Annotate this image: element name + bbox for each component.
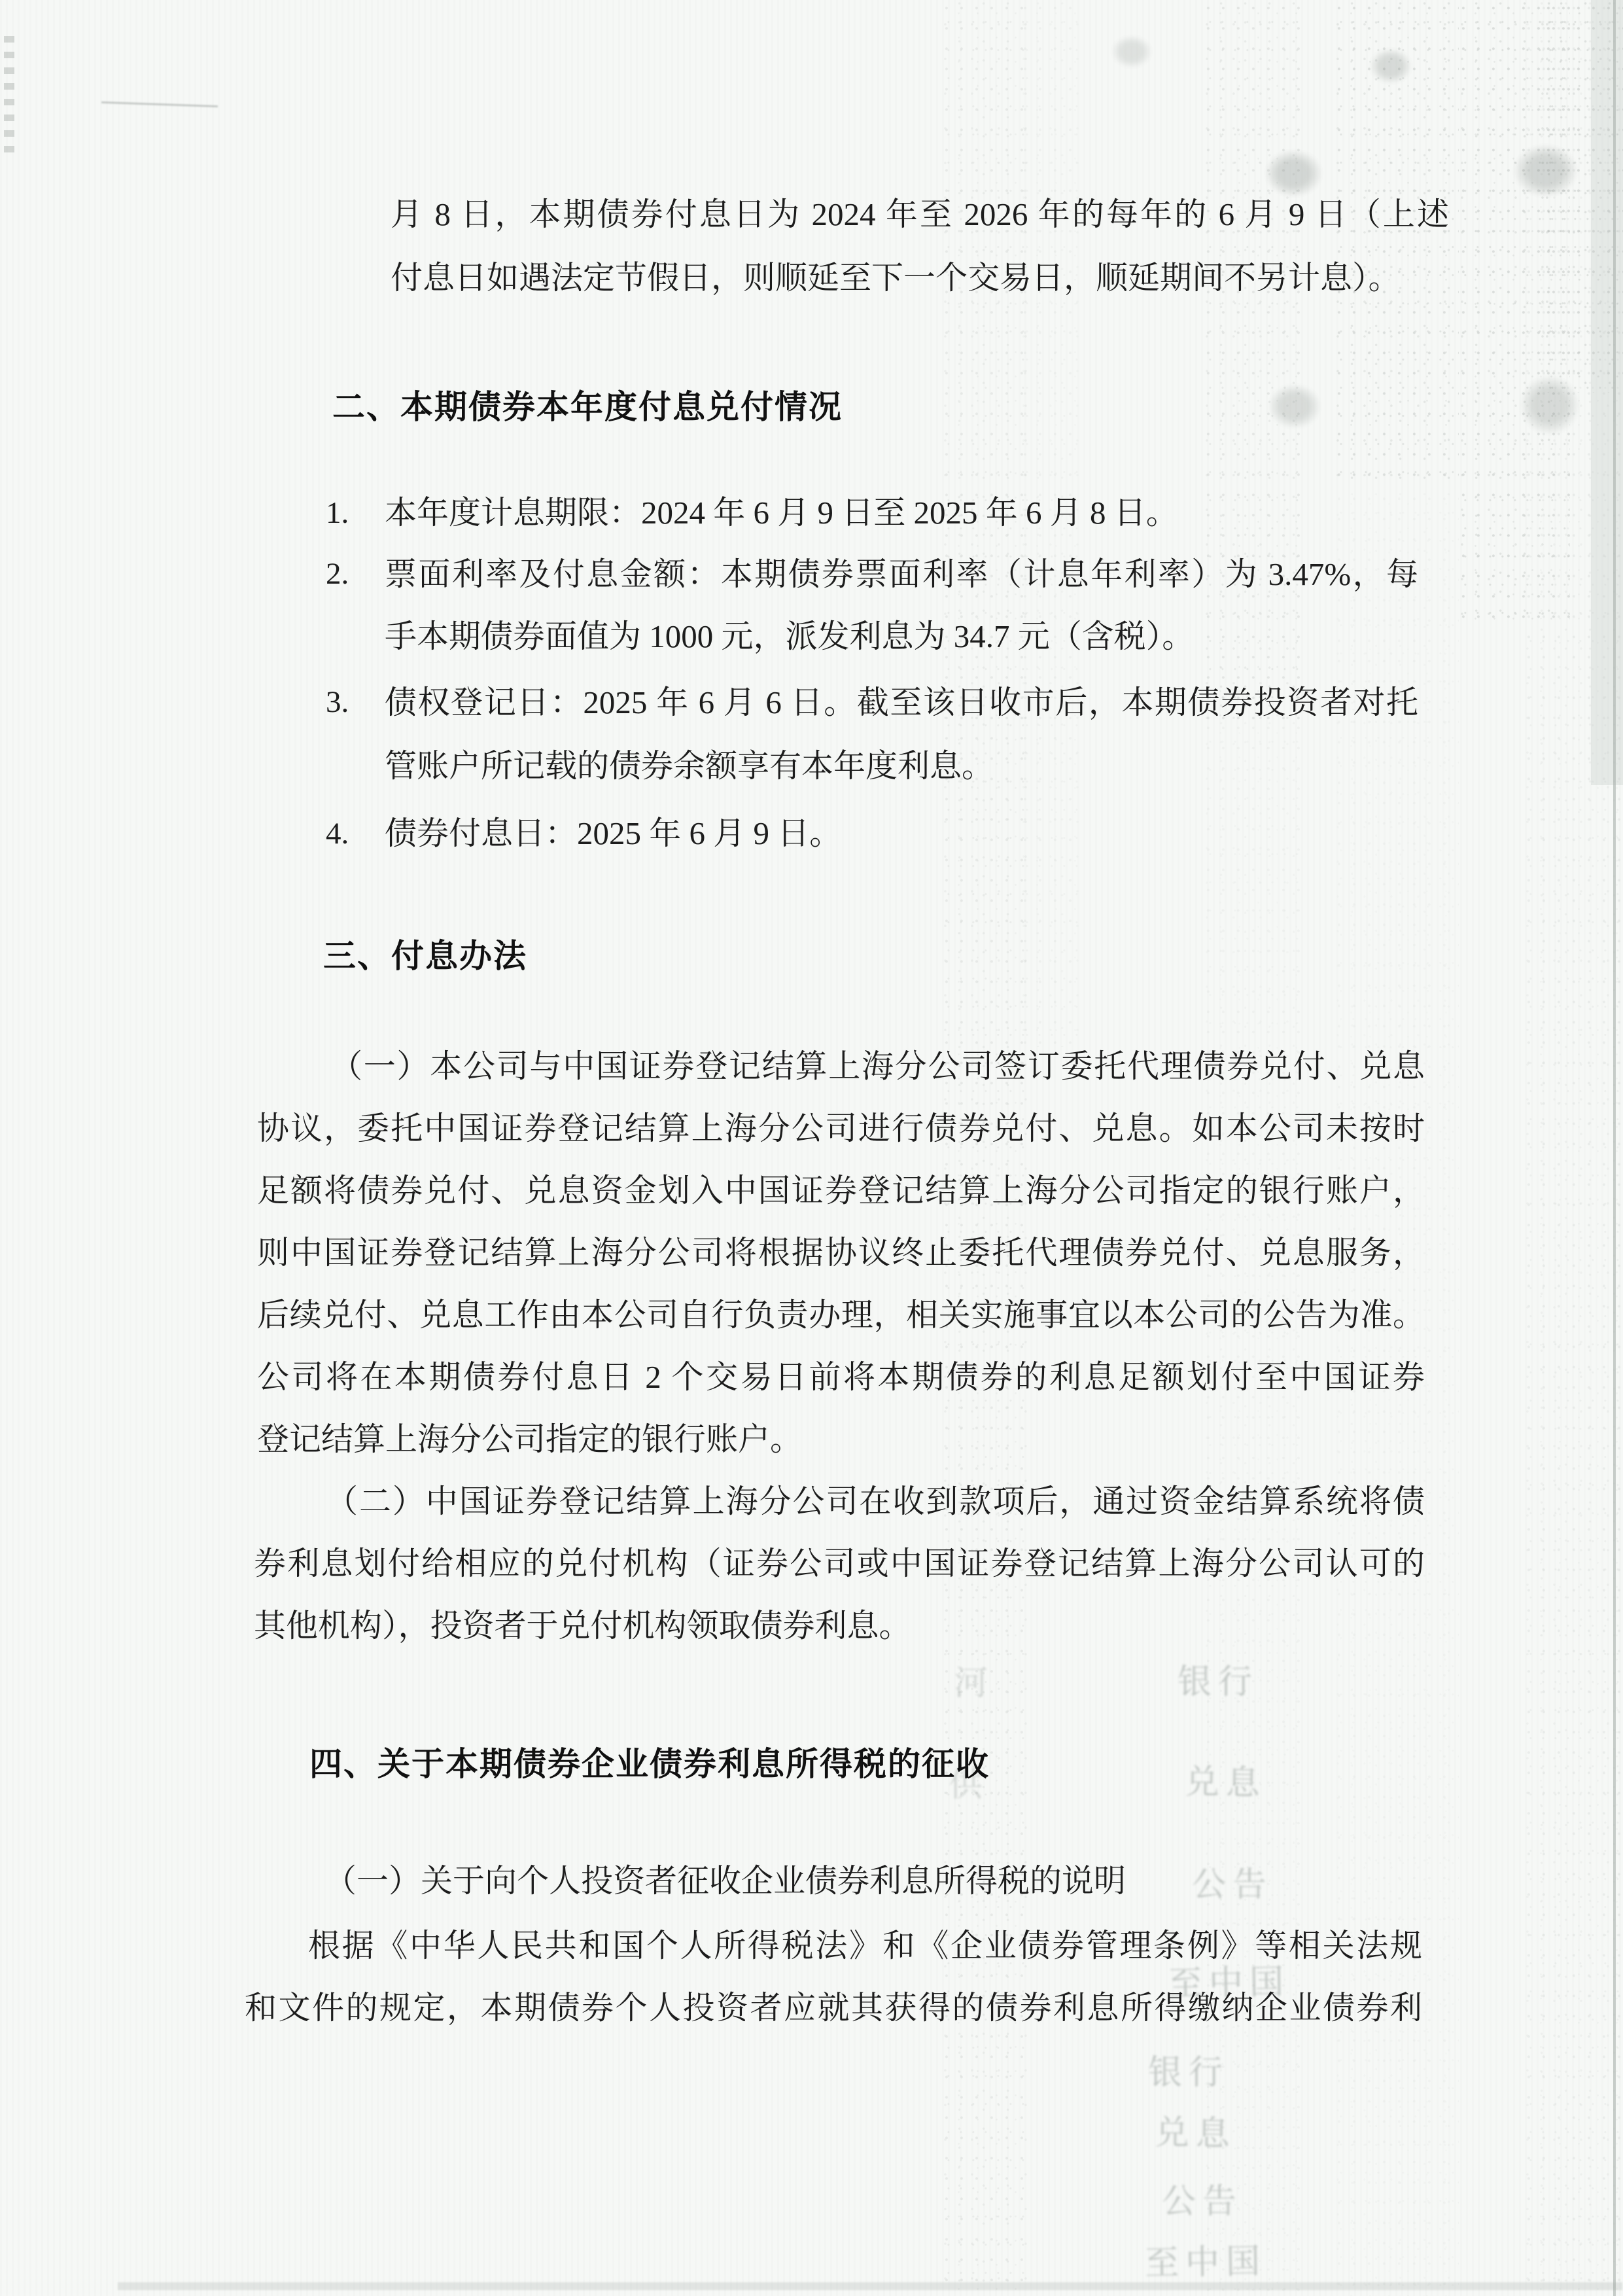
text-line: 债券付息日：2025 年 6 月 9 日。 [385, 802, 1418, 865]
section4-subheading: （一）关于向个人投资者征收企业债券利息所得税的说明 [324, 1856, 1126, 1905]
bleedthrough-text: 公告 [1162, 2174, 1243, 2223]
list-item-1: 1. 本年度计息期限：2024 年 6 月 9 日至 2025 年 6 月 8 … [385, 482, 1418, 544]
section4-heading: 四、关于本期债券企业债券利息所得税的征收 [309, 1740, 990, 1789]
text-line: 足额将债券兑付、兑息资金划入中国证券登记结算上海分公司指定的银行账户， [257, 1159, 1425, 1222]
bleedthrough-text: 银行 [1178, 1654, 1259, 1703]
text-line: 付息日如遇法定节假日，则顺延至下一个交易日，顺延期间不另计息）。 [391, 246, 1449, 309]
text-line: （二）中国证券登记结算上海分公司在收到款项后，通过资金结算系统将债 [254, 1470, 1425, 1532]
bleedthrough-text: 公告 [1192, 1857, 1273, 1906]
list-item-text: 债券付息日：2025 年 6 月 9 日。 [385, 802, 1418, 865]
text-line: 票面利率及付息金额：本期债券票面利率（计息年利率）为 3.47%，每 [385, 543, 1418, 605]
scan-noise-band [1544, 0, 1623, 393]
section3-paragraph-1: （一）本公司与中国证券登记结算上海分公司签订委托代理债券兑付、兑息协议，委托中国… [257, 1035, 1425, 1470]
text-line: 券利息划付给相应的兑付机构（证券公司或中国证券登记结算上海分公司认可的 [254, 1532, 1425, 1595]
scan-bottom-shadow [118, 2282, 1622, 2290]
section3-paragraph-2: （二）中国证券登记结算上海分公司在收到款项后，通过资金结算系统将债券利息划付给相… [254, 1470, 1425, 1657]
text-line: 协议，委托中国证券登记结算上海分公司进行债券兑付、兑息。如本公司未按时 [257, 1097, 1425, 1159]
ink-smudge [1514, 145, 1577, 196]
text-line: 其他机构），投资者于兑付机构领取债券利息。 [254, 1595, 1425, 1657]
section3-heading: 三、付息办法 [323, 932, 527, 981]
ink-smudge [1521, 376, 1579, 434]
text-line: 则中国证券登记结算上海分公司将根据协议终止委托代理债券兑付、兑息服务， [257, 1222, 1425, 1284]
text-line: 本年度计息期限：2024 年 6 月 9 日至 2025 年 6 月 8 日。 [385, 482, 1418, 544]
scan-edge-shadow [1591, 0, 1623, 785]
ink-smudge [1370, 49, 1411, 83]
list-number: 1. [326, 482, 349, 544]
list-item-text: 票面利率及付息金额：本期债券票面利率（计息年利率）为 3.47%，每手本期债券面… [385, 543, 1418, 667]
intro-paragraph: 月 8 日，本期债券付息日为 2024 年至 2026 年的每年的 6 月 9 … [391, 183, 1449, 309]
bleedthrough-text: 兑息 [1185, 1754, 1266, 1805]
ink-smudge [1269, 385, 1320, 428]
scan-edge-line [1613, 0, 1616, 2296]
scan-edge-marks [4, 36, 14, 160]
list-item-text: 本年度计息期限：2024 年 6 月 9 日至 2025 年 6 月 8 日。 [385, 482, 1418, 544]
list-number: 3. [326, 671, 349, 734]
text-line: 管账户所记载的债券余额享有本年度利息。 [385, 734, 1418, 798]
list-number: 2. [326, 543, 349, 605]
text-line: （一）本公司与中国证券登记结算上海分公司签订委托代理债券兑付、兑息 [257, 1035, 1425, 1097]
scanned-document-page: 银行 兑息 公告 至中国 银行 兑息 公告 至中国 河 供 月 8 日，本期债券… [0, 0, 1623, 2296]
text-line: 债权登记日：2025 年 6 月 6 日。截至该日收市后，本期债券投资者对托 [385, 671, 1418, 734]
bleedthrough-text: 银行 [1148, 2045, 1229, 2094]
text-line: 后续兑付、兑息工作由本公司自行负责办理，相关实施事宜以本公司的公告为准。 [257, 1284, 1425, 1346]
section4-paragraph: 根据《中华人民共和国个人所得税法》和《企业债券管理条例》等相关法规和文件的规定，… [245, 1915, 1422, 2039]
list-number: 4. [326, 802, 349, 865]
scan-noise-band [1459, 0, 1570, 622]
text-line: 月 8 日，本期债券付息日为 2024 年至 2026 年的每年的 6 月 9 … [391, 183, 1449, 246]
text-line: 和文件的规定，本期债券个人投资者应就其获得的债券利息所得缴纳企业债券利 [245, 1977, 1422, 2039]
list-item-2: 2. 票面利率及付息金额：本期债券票面利率（计息年利率）为 3.47%，每手本期… [385, 543, 1418, 667]
scan-noise-band [1524, 0, 1623, 2296]
bleedthrough-text: 至中国 [1144, 2233, 1266, 2284]
scan-scratch-mark [101, 101, 218, 107]
text-line: 公司将在本期债券付息日 2 个交易日前将本期债券的利息足额划付至中国证券 [257, 1346, 1425, 1408]
list-item-4: 4. 债券付息日：2025 年 6 月 9 日。 [385, 802, 1418, 865]
text-line: 手本期债券面值为 1000 元，派发利息为 34.7 元（含税）。 [385, 605, 1418, 667]
text-line: 登记结算上海分公司指定的银行账户。 [257, 1408, 1425, 1470]
list-item-text: 债权登记日：2025 年 6 月 6 日。截至该日收市后，本期债券投资者对托管账… [385, 671, 1418, 798]
list-item-3: 3. 债权登记日：2025 年 6 月 6 日。截至该日收市后，本期债券投资者对… [385, 671, 1418, 798]
ink-smudge [1112, 36, 1151, 67]
text-line: 根据《中华人民共和国个人所得税法》和《企业债券管理条例》等相关法规 [245, 1915, 1422, 1977]
section2-heading: 二、本期债券本年度付息兑付情况 [332, 383, 843, 432]
bleedthrough-text: 兑息 [1155, 2105, 1236, 2155]
bleedthrough-text: 河 [954, 1655, 994, 1704]
